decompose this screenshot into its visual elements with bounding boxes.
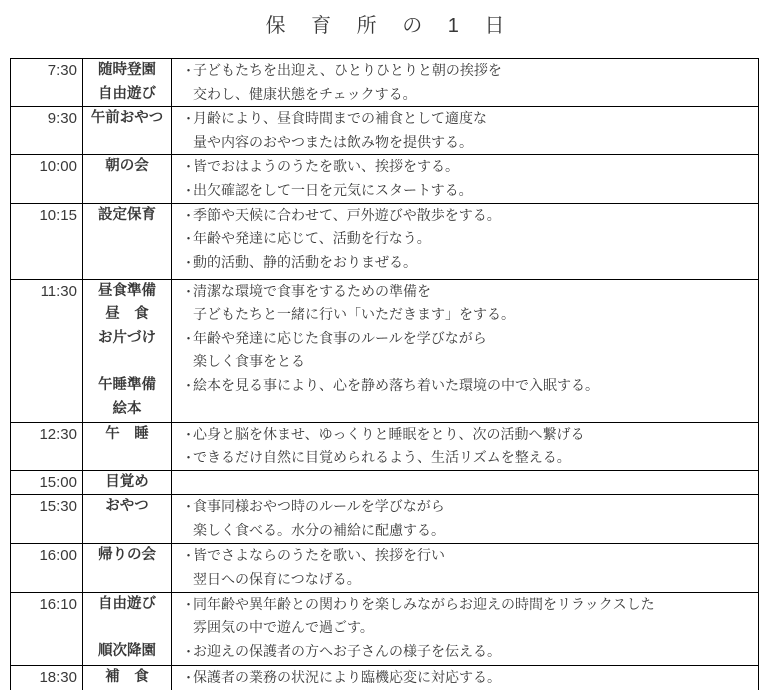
description-text: 同年齢や異年齢との関わりを楽しみながらお迎えの時間をリラックスした — [193, 593, 758, 617]
description-text: 量や内容のおやつまたは飲み物を提供する。 — [193, 131, 758, 155]
description-line: 子どもたちと一緒に行い「いただきます」をする。 — [172, 303, 758, 327]
description-text: 皆でおはようのうたを歌い、挨拶をする。 — [193, 155, 758, 179]
time-label: 12:30 — [11, 423, 82, 447]
time-cell: 10:15 — [11, 203, 83, 279]
description-line: ・ 年齢や発達に応じて、活動を行なう。 — [172, 227, 758, 251]
time-cell: 10:00 — [11, 155, 83, 203]
description-line: ・ できるだけ自然に目覚められるよう、生活リズムを整える。 — [172, 446, 758, 470]
time-label: 10:15 — [11, 204, 82, 228]
description-line: ・ お迎えの保護者の方へお子さんの様子を伝える。 — [172, 640, 758, 664]
activity-label: おやつ — [83, 495, 171, 519]
description-cell — [172, 470, 759, 495]
description-text: 心身と脳を休ませ、ゆっくりと睡眠をとり、次の活動へ繋げる — [193, 423, 758, 447]
bullet-marker: ・ — [172, 666, 193, 690]
bullet-marker: ・ — [172, 59, 193, 83]
description-line: ・ 絵本を見る事により、心を静め落ち着いた環境の中で入眠する。 — [172, 374, 758, 398]
description-cell: ・ 清潔な環境で食事をするための準備を 子どもたちと一緒に行い「いただきます」を… — [172, 279, 759, 422]
schedule-row: 16:00 帰りの会 ・ 皆でさよならのうたを歌い、挨拶を行い 翌日への保育につ… — [11, 544, 759, 592]
bullet-marker: ・ — [172, 593, 193, 617]
time-label: 15:00 — [11, 471, 82, 495]
time-cell: 12:30 — [11, 422, 83, 470]
time-label: 18:30 — [11, 666, 82, 690]
bullet-marker: ・ — [172, 423, 193, 447]
bullet-marker — [172, 350, 193, 374]
description-line: 雰囲気の中で遊んで過ごす。 — [172, 616, 758, 640]
description-text: 交わし、健康状態をチェックする。 — [193, 83, 758, 107]
bullet-marker: ・ — [172, 227, 193, 251]
activity-cell: 補 食 — [83, 665, 172, 690]
activity-label: 朝の会 — [83, 155, 171, 179]
time-cell: 15:30 — [11, 495, 83, 544]
activity-label: 補 食 — [83, 666, 171, 690]
bullet-marker: ・ — [172, 155, 193, 179]
bullet-marker: ・ — [172, 280, 193, 304]
description-text: 雰囲気の中で遊んで過ごす。 — [193, 616, 758, 640]
description-line: ・ 保護者の業務の状況により臨機応変に対応する。 — [172, 666, 758, 690]
schedule-row: 18:30 補 食 ・ 保護者の業務の状況により臨機応変に対応する。 — [11, 665, 759, 690]
activity-label: 順次降園 — [83, 640, 171, 664]
bullet-marker — [172, 568, 193, 592]
description-cell: ・ 子どもたちを出迎え、ひとりひとりと朝の挨拶を 交わし、健康状態をチェックする… — [172, 59, 759, 107]
activity-cell: おやつ — [83, 495, 172, 544]
activity-cell: 目覚め — [83, 470, 172, 495]
description-text: 皆でさよならのうたを歌い、挨拶を行い — [193, 544, 758, 568]
activity-label: 帰りの会 — [83, 544, 171, 568]
time-cell: 18:30 — [11, 665, 83, 690]
description-line: ・ 同年齢や異年齢との関わりを楽しみながらお迎えの時間をリラックスした — [172, 593, 758, 617]
description-line: ・ 清潔な環境で食事をするための準備を — [172, 280, 758, 304]
time-label: 7:30 — [11, 59, 82, 83]
description-cell: ・ 保護者の業務の状況により臨機応変に対応する。 — [172, 665, 759, 690]
page-title: 保 育 所 の 1 日 — [0, 10, 770, 42]
description-line: 量や内容のおやつまたは飲み物を提供する。 — [172, 131, 758, 155]
description-text: 絵本を見る事により、心を静め落ち着いた環境の中で入眠する。 — [193, 374, 758, 398]
description-cell: ・ 季節や天候に合わせて、戸外遊びや散歩をする。 ・ 年齢や発達に応じて、活動を… — [172, 203, 759, 279]
description-line: ・ 年齢や発達に応じた食事のルールを学びながら — [172, 327, 758, 351]
bullet-marker: ・ — [172, 327, 193, 351]
schedule-row: 15:00 目覚め — [11, 470, 759, 495]
description-text: 動的活動、静的活動をおりまぜる。 — [193, 251, 758, 275]
description-line: 楽しく食べる。水分の補給に配慮する。 — [172, 519, 758, 543]
activity-cell: 自由遊び 順次降園 — [83, 592, 172, 665]
activity-label: 目覚め — [83, 471, 171, 495]
activity-label: 午 睡 — [83, 423, 171, 447]
bullet-marker — [172, 519, 193, 543]
description-text: 保護者の業務の状況により臨機応変に対応する。 — [193, 666, 758, 690]
time-cell: 7:30 — [11, 59, 83, 107]
activity-label: 自由遊び — [83, 593, 171, 617]
activity-cell: 設定保育 — [83, 203, 172, 279]
activity-label — [83, 350, 171, 374]
bullet-marker: ・ — [172, 107, 193, 131]
daily-schedule-table: 7:30 随時登園 自由遊び ・ 子どもたちを出迎え、ひとりひとりと朝の挨拶を … — [10, 58, 759, 690]
time-cell: 15:00 — [11, 470, 83, 495]
description-text: 楽しく食事をとる — [193, 350, 758, 374]
schedule-row: 9:30 午前おやつ ・ 月齢により、昼食時間までの補食として適度な 量や内容の… — [11, 107, 759, 155]
activity-label: 昼食準備 — [83, 280, 171, 304]
schedule-row: 7:30 随時登園 自由遊び ・ 子どもたちを出迎え、ひとりひとりと朝の挨拶を … — [11, 59, 759, 107]
time-label: 11:30 — [11, 280, 82, 304]
description-text: 楽しく食べる。水分の補給に配慮する。 — [193, 519, 758, 543]
activity-label: 絵本 — [83, 398, 171, 422]
description-line: 翌日への保育につなげる。 — [172, 568, 758, 592]
description-cell: ・ 同年齢や異年齢との関わりを楽しみながらお迎えの時間をリラックスした 雰囲気の… — [172, 592, 759, 665]
description-line: ・ 月齢により、昼食時間までの補食として適度な — [172, 107, 758, 131]
activity-cell: 午 睡 — [83, 422, 172, 470]
description-text: 子どもたちを出迎え、ひとりひとりと朝の挨拶を — [193, 59, 758, 83]
description-line: ・ 子どもたちを出迎え、ひとりひとりと朝の挨拶を — [172, 59, 758, 83]
description-line: 楽しく食事をとる — [172, 350, 758, 374]
time-label: 16:00 — [11, 544, 82, 568]
description-text: 出欠確認をして一日を元気にスタートする。 — [193, 179, 758, 203]
description-text: 季節や天候に合わせて、戸外遊びや散歩をする。 — [193, 204, 758, 228]
bullet-marker — [172, 616, 193, 640]
time-label: 10:00 — [11, 155, 82, 179]
bullet-marker — [172, 83, 193, 107]
description-line: ・ 心身と脳を休ませ、ゆっくりと睡眠をとり、次の活動へ繋げる — [172, 423, 758, 447]
activity-cell: 随時登園 自由遊び — [83, 59, 172, 107]
description-cell: ・ 皆でさよならのうたを歌い、挨拶を行い 翌日への保育につなげる。 — [172, 544, 759, 592]
description-line: ・ 季節や天候に合わせて、戸外遊びや散歩をする。 — [172, 204, 758, 228]
description-text: 翌日への保育につなげる。 — [193, 568, 758, 592]
activity-label: 自由遊び — [83, 83, 171, 107]
bullet-marker: ・ — [172, 640, 193, 664]
activity-label: 昼 食 — [83, 303, 171, 327]
description-text: 月齢により、昼食時間までの補食として適度な — [193, 107, 758, 131]
bullet-marker: ・ — [172, 374, 193, 398]
time-cell: 16:00 — [11, 544, 83, 592]
time-label: 16:10 — [11, 593, 82, 617]
description-text: 子どもたちと一緒に行い「いただきます」をする。 — [193, 303, 758, 327]
bullet-marker: ・ — [172, 251, 193, 275]
time-label: 9:30 — [11, 107, 82, 131]
activity-label: 設定保育 — [83, 204, 171, 228]
bullet-marker: ・ — [172, 544, 193, 568]
description-cell: ・ 心身と脳を休ませ、ゆっくりと睡眠をとり、次の活動へ繋げる ・ できるだけ自然… — [172, 422, 759, 470]
activity-label: お片づけ — [83, 327, 171, 351]
bullet-marker — [172, 131, 193, 155]
bullet-marker: ・ — [172, 204, 193, 228]
schedule-row: 15:30 おやつ ・ 食事同様おやつ時のルールを学びながら 楽しく食べる。水分… — [11, 495, 759, 544]
description-cell: ・ 月齢により、昼食時間までの補食として適度な 量や内容のおやつまたは飲み物を提… — [172, 107, 759, 155]
time-cell: 11:30 — [11, 279, 83, 422]
bullet-marker: ・ — [172, 495, 193, 519]
description-line: 交わし、健康状態をチェックする。 — [172, 83, 758, 107]
description-cell: ・ 皆でおはようのうたを歌い、挨拶をする。 ・ 出欠確認をして一日を元気にスター… — [172, 155, 759, 203]
description-text: できるだけ自然に目覚められるよう、生活リズムを整える。 — [193, 446, 758, 470]
description-text: お迎えの保護者の方へお子さんの様子を伝える。 — [193, 640, 758, 664]
time-cell: 9:30 — [11, 107, 83, 155]
description-line: ・ 皆でさよならのうたを歌い、挨拶を行い — [172, 544, 758, 568]
schedule-row: 11:30 昼食準備 昼 食 お片づけ 午睡準備 絵本 ・ 清潔な環境で食事をす… — [11, 279, 759, 422]
activity-label: 午睡準備 — [83, 374, 171, 398]
bullet-marker — [172, 303, 193, 327]
schedule-row: 16:10 自由遊び 順次降園 ・ 同年齢や異年齢との関わりを楽しみながらお迎え… — [11, 592, 759, 665]
activity-label: 午前おやつ — [83, 107, 171, 131]
schedule-row: 12:30 午 睡 ・ 心身と脳を休ませ、ゆっくりと睡眠をとり、次の活動へ繋げる… — [11, 422, 759, 470]
bullet-marker: ・ — [172, 446, 193, 470]
description-line: ・ 出欠確認をして一日を元気にスタートする。 — [172, 179, 758, 203]
schedule-row: 10:00 朝の会 ・ 皆でおはようのうたを歌い、挨拶をする。 ・ 出欠確認をし… — [11, 155, 759, 203]
description-text: 清潔な環境で食事をするための準備を — [193, 280, 758, 304]
activity-label — [83, 616, 171, 640]
time-label: 15:30 — [11, 495, 82, 519]
activity-cell: 昼食準備 昼 食 お片づけ 午睡準備 絵本 — [83, 279, 172, 422]
document-page: 保 育 所 の 1 日 7:30 随時登園 自由遊び ・ 子どもたちを出迎え、ひ… — [0, 0, 770, 690]
bullet-marker: ・ — [172, 179, 193, 203]
time-cell: 16:10 — [11, 592, 83, 665]
activity-cell: 朝の会 — [83, 155, 172, 203]
description-line: ・ 動的活動、静的活動をおりまぜる。 — [172, 251, 758, 275]
activity-label: 随時登園 — [83, 59, 171, 83]
description-line: ・ 食事同様おやつ時のルールを学びながら — [172, 495, 758, 519]
description-line: ・ 皆でおはようのうたを歌い、挨拶をする。 — [172, 155, 758, 179]
activity-cell: 帰りの会 — [83, 544, 172, 592]
description-text: 年齢や発達に応じて、活動を行なう。 — [193, 227, 758, 251]
schedule-row: 10:15 設定保育 ・ 季節や天候に合わせて、戸外遊びや散歩をする。 ・ 年齢… — [11, 203, 759, 279]
description-text: 食事同様おやつ時のルールを学びながら — [193, 495, 758, 519]
description-text: 年齢や発達に応じた食事のルールを学びながら — [193, 327, 758, 351]
activity-cell: 午前おやつ — [83, 107, 172, 155]
description-cell: ・ 食事同様おやつ時のルールを学びながら 楽しく食べる。水分の補給に配慮する。 — [172, 495, 759, 544]
